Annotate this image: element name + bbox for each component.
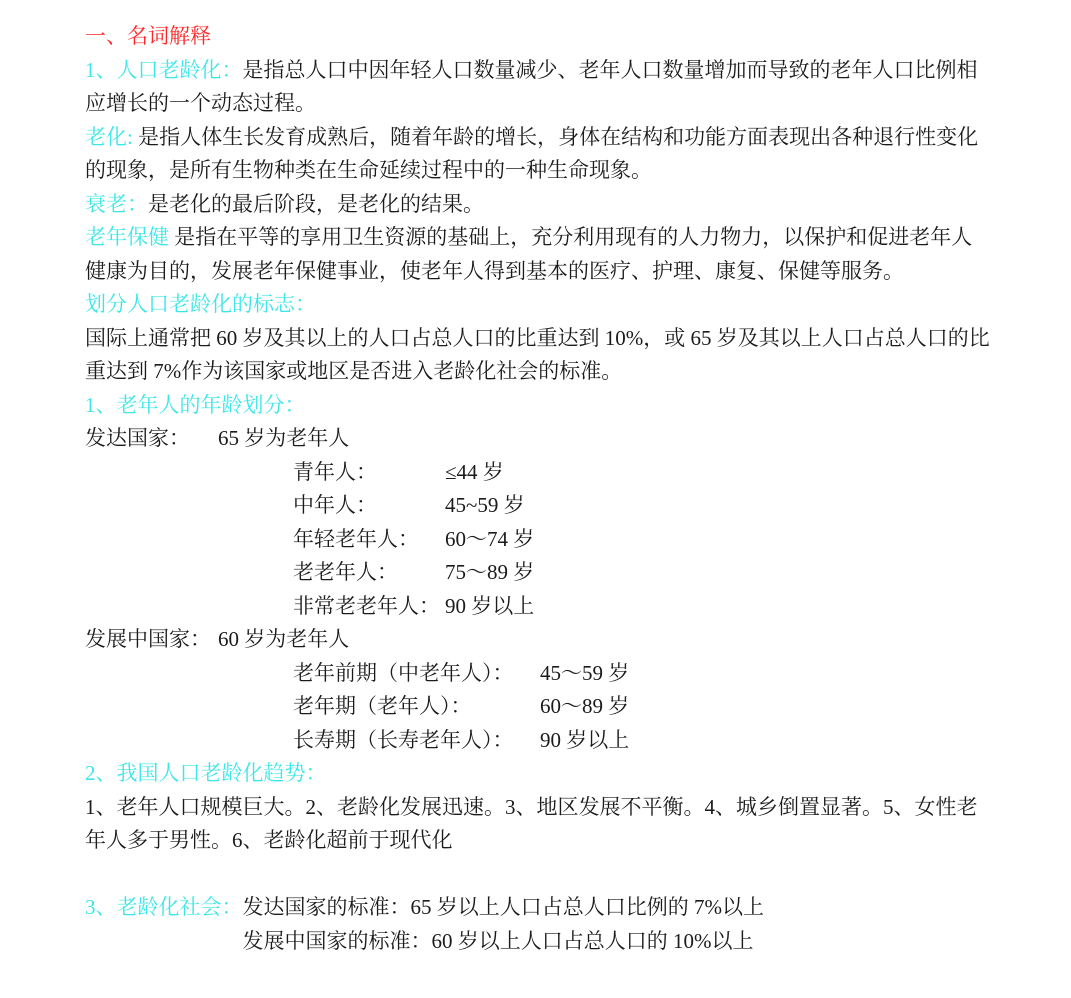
text-run: 1、老年人的年龄划分： <box>85 393 306 417</box>
age-category-label: 老年期（老年人）： <box>293 690 540 724</box>
paragraph: 1、老年人口规模巨大。2、老龄化发展迅速。3、地区发展不平衡。4、城乡倒置显著。… <box>85 791 990 858</box>
text-run: 衰老： <box>85 192 148 216</box>
age-category-value: 90 岁以上 <box>540 728 629 752</box>
hanging-lines: 发达国家的标准：65 岁以上人口占总人口比例的 7%以上发展中国家的标准：60 … <box>243 891 991 958</box>
age-category-row: 长寿期（长寿老年人）：90 岁以上 <box>85 724 990 758</box>
hanging-lead: 3、老龄化社会： <box>85 891 243 925</box>
age-category-value: 45～59 岁 <box>540 661 629 685</box>
hanging-line: 发展中国家的标准：60 岁以上人口占总人口的 10%以上 <box>243 925 991 959</box>
definition-label: 发达国家： <box>85 422 218 456</box>
definition-label: 发展中国家： <box>85 623 218 657</box>
age-category-row: 老老年人：75～89 岁 <box>85 556 990 590</box>
age-category-label: 非常老老年人： <box>293 590 445 624</box>
text-run: 1、人口老龄化： <box>85 58 243 82</box>
paragraph: 1、老年人的年龄划分： <box>85 389 990 423</box>
age-category-value: ≤44 岁 <box>445 460 504 484</box>
age-category-row: 年轻老年人：60～74 岁 <box>85 523 990 557</box>
age-category-row: 老年前期（中老年人）：45～59 岁 <box>85 657 990 691</box>
definition-row: 发展中国家：60 岁为老年人 <box>85 623 990 657</box>
text-run: 老年保健 <box>85 225 169 249</box>
age-category-value: 60～89 岁 <box>540 694 629 718</box>
text-run: 是老化的最后阶段，是老化的结果。 <box>148 192 484 216</box>
text-run: 国际上通常把 60 岁及其以上的人口占总人口的比重达到 10%，或 65 岁及其… <box>85 326 990 384</box>
definition-value: 65 岁为老年人 <box>218 426 349 450</box>
text-run: 划分人口老龄化的标志： <box>85 292 316 316</box>
text-run: 是指人体生长发育成熟后，随着年龄的增长，身体在结构和功能方面表现出各种退行性变化… <box>85 125 978 183</box>
age-category-row: 青年人：≤44 岁 <box>85 456 990 490</box>
age-category-value: 90 岁以上 <box>445 594 534 618</box>
age-category-label: 老年前期（中老年人）： <box>293 657 540 691</box>
blank-line <box>85 858 990 892</box>
text-run: 老化: <box>85 125 133 149</box>
age-category-label: 青年人： <box>293 456 445 490</box>
paragraph: 老化: 是指人体生长发育成熟后，随着年龄的增长，身体在结构和功能方面表现出各种退… <box>85 121 990 188</box>
age-category-label: 年轻老年人： <box>293 523 445 557</box>
age-category-value: 60～74 岁 <box>445 527 534 551</box>
hanging-line: 发达国家的标准：65 岁以上人口占总人口比例的 7%以上 <box>243 891 991 925</box>
age-category-label: 长寿期（长寿老年人）： <box>293 724 540 758</box>
hanging-paragraph: 3、老龄化社会：发达国家的标准：65 岁以上人口占总人口比例的 7%以上发展中国… <box>85 891 990 958</box>
paragraph: 老年保健 是指在平等的享用卫生资源的基础上，充分利用现有的人力物力，以保护和促进… <box>85 221 990 288</box>
age-category-label: 老老年人： <box>293 556 445 590</box>
paragraph: 国际上通常把 60 岁及其以上的人口占总人口的比重达到 10%，或 65 岁及其… <box>85 322 990 389</box>
text-run: 2、我国人口老龄化趋势： <box>85 761 327 785</box>
age-category-row: 非常老老年人：90 岁以上 <box>85 590 990 624</box>
text-run: 1、老年人口规模巨大。2、老龄化发展迅速。3、地区发展不平衡。4、城乡倒置显著。… <box>85 795 978 853</box>
age-category-value: 75～89 岁 <box>445 560 534 584</box>
document-content: 一、名词解释1、人口老龄化：是指总人口中因年轻人口数量减少、老年人口数量增加而导… <box>85 20 990 958</box>
document-page: 一、名词解释1、人口老龄化：是指总人口中因年轻人口数量减少、老年人口数量增加而导… <box>0 0 1071 998</box>
text-run: 一、名词解释 <box>85 24 211 48</box>
age-category-value: 45~59 岁 <box>445 493 525 517</box>
age-category-row: 老年期（老年人）：60～89 岁 <box>85 690 990 724</box>
section-heading: 一、名词解释 <box>85 20 990 54</box>
definition-row: 发达国家：65 岁为老年人 <box>85 422 990 456</box>
age-category-label: 中年人： <box>293 489 445 523</box>
paragraph: 衰老：是老化的最后阶段，是老化的结果。 <box>85 188 990 222</box>
paragraph: 2、我国人口老龄化趋势： <box>85 757 990 791</box>
paragraph: 1、人口老龄化：是指总人口中因年轻人口数量减少、老年人口数量增加而导致的老年人口… <box>85 54 990 121</box>
definition-value: 60 岁为老年人 <box>218 627 349 651</box>
age-category-row: 中年人：45~59 岁 <box>85 489 990 523</box>
text-run: 是指在平等的享用卫生资源的基础上，充分利用现有的人力物力，以保护和促进老年人健康… <box>85 225 972 283</box>
paragraph: 划分人口老龄化的标志： <box>85 288 990 322</box>
